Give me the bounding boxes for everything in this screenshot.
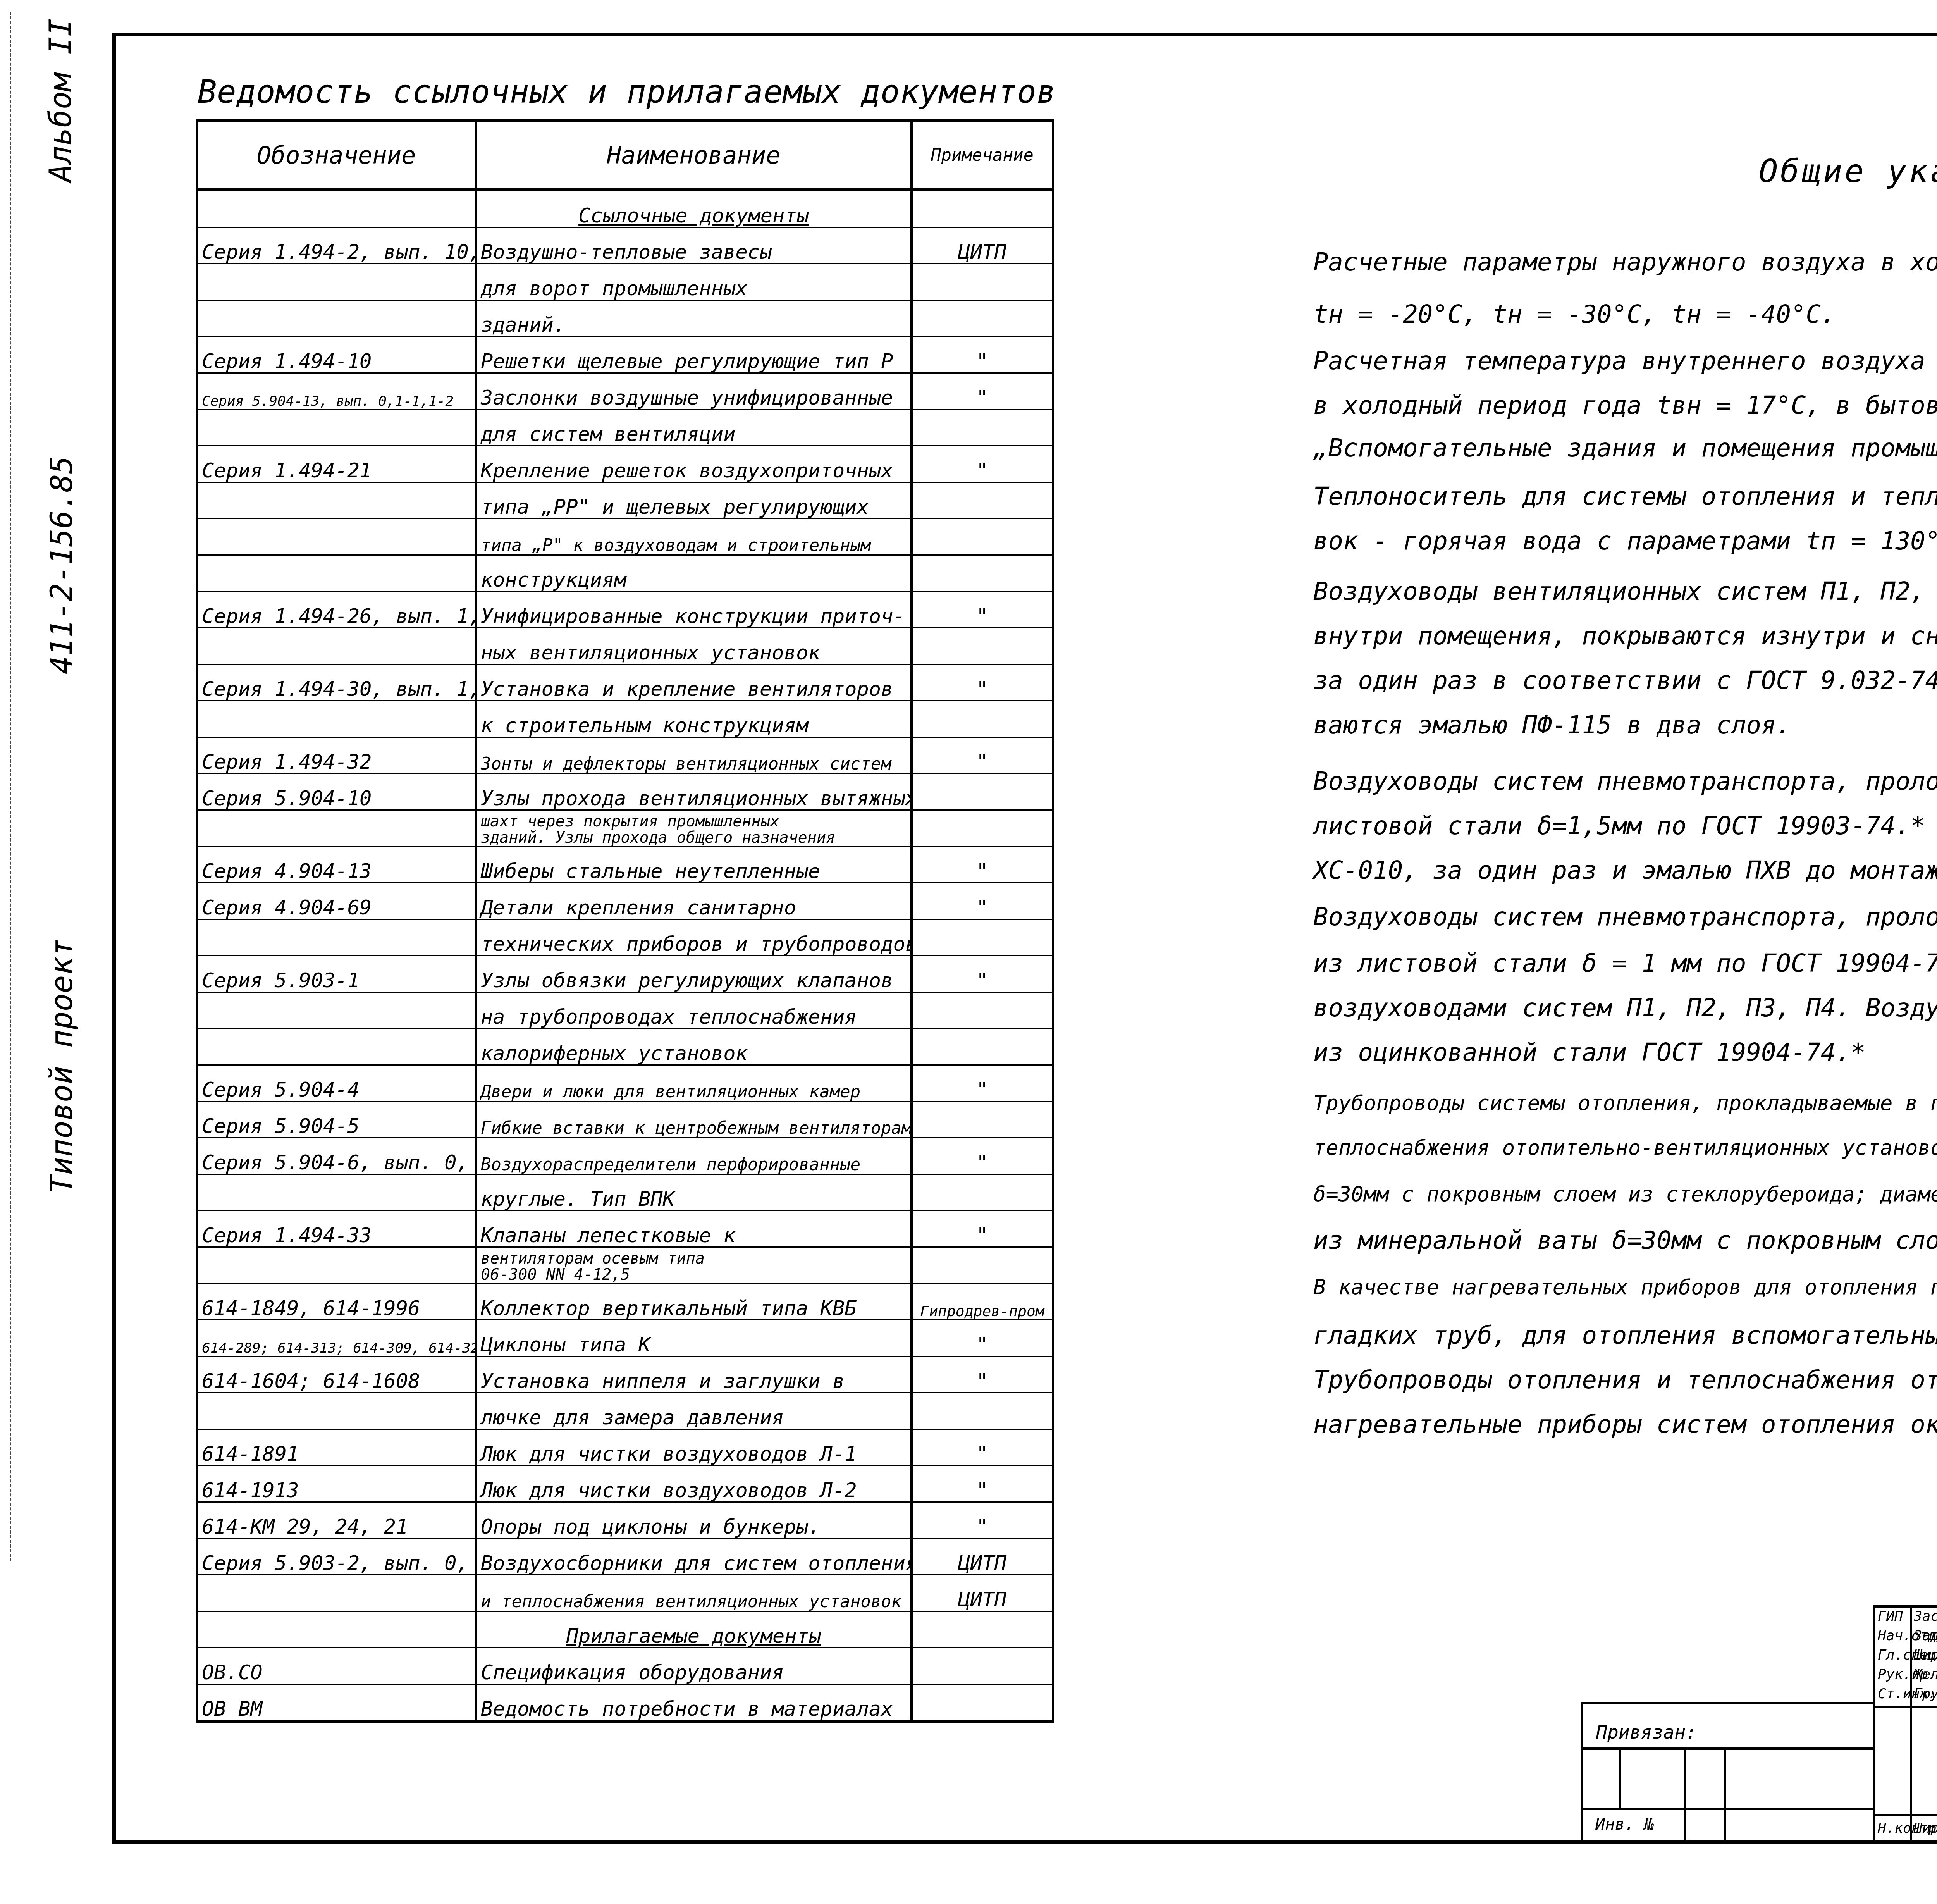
section-title: Прилагаемые документы	[476, 1611, 912, 1648]
notes-line: ваются эмалью ПФ-115 в два слоя.	[1313, 711, 1791, 740]
cell-name: Установка ниппеля и заглушки в	[476, 1357, 912, 1393]
cell-note	[912, 555, 1053, 592]
cell-note: ЦИТП	[912, 1575, 1053, 1611]
cell-name: типа „Р" к воздуховодам и строительным	[476, 519, 912, 555]
table-row: 614-289; 614-313; 614-309, 614-321Циклон…	[197, 1320, 1053, 1357]
cell-name: конструкциям	[476, 555, 912, 592]
cell-note	[912, 992, 1053, 1029]
notes-line: из минеральной ваты δ=30мм с покровным с…	[1313, 1226, 1937, 1255]
table-row: лючке для замера давления	[197, 1393, 1053, 1429]
cell-name: калориферных установок	[476, 1029, 912, 1065]
table-row: зданий.	[197, 300, 1053, 337]
cell-name: Клапаны лепестковые к	[476, 1211, 912, 1247]
cell-name: Спецификация оборудования	[476, 1648, 912, 1684]
table-row: Серия 5.903-2, вып. 0, 1Воздухосборники …	[197, 1539, 1053, 1575]
table-row: для ворот промышленных	[197, 264, 1053, 300]
cell-note: "	[912, 446, 1053, 482]
col-header-name: Наименование	[476, 121, 912, 190]
inv-label: Инв. №	[1595, 1814, 1654, 1833]
notes-line: из оцинкованной стали ГОСТ 19904-74.*	[1313, 1038, 1866, 1067]
table-row: Серия 1.494-2, вып. 10, 11Воздушно-тепло…	[197, 227, 1053, 264]
notes-line: δ=30мм с покровным слоем из стеклоруберо…	[1313, 1182, 1937, 1206]
margin-project-code: 411-2-156.85	[45, 456, 79, 674]
table-row: Серия 5.904-10Узлы прохода вентиляционны…	[197, 774, 1053, 810]
section-row: Ссылочные документы	[197, 190, 1053, 227]
cell-note: ЦИТП	[912, 227, 1053, 264]
cell-name: Двери и люки для вентиляционных камер	[476, 1065, 912, 1102]
table-row: Серия 1.494-10Решетки щелевые регулирующ…	[197, 337, 1053, 373]
cell-code	[197, 1393, 476, 1429]
notes-line: Воздуховоды систем пневмотранспорта, про…	[1313, 767, 1937, 796]
notes-line: внутри помещения, покрываются изнутри и …	[1313, 622, 1937, 651]
cell-name: Шиберы стальные неутепленные	[476, 847, 912, 883]
cell-note	[912, 410, 1053, 446]
notes-line: в холодный период года tвн = 17°С, в быт…	[1313, 391, 1937, 420]
notes-line: за один раз в соответствии с ГОСТ 9.032-…	[1313, 666, 1937, 695]
table-row: круглые. Тип ВПК	[197, 1174, 1053, 1211]
cell-note: ЦИТП	[912, 1539, 1053, 1575]
notes-line: В качестве нагревательных приборов для о…	[1313, 1275, 1937, 1299]
cell-name: Крепление решеток воздухоприточных	[476, 446, 912, 482]
cell-code	[197, 519, 476, 555]
cell-note	[912, 701, 1053, 737]
cell-code	[197, 1247, 476, 1284]
table-row: к строительным конструкциям	[197, 701, 1053, 737]
table-row: вентиляторам осевым типа06-300 NN 4-12,5	[197, 1247, 1053, 1284]
title-block: ГИПЗаславский09.83Нач.отд.Задовисвечка04…	[1873, 1605, 1937, 1844]
notes-line: ХС-010, за один раз и эмалью ПХВ до монт…	[1313, 856, 1937, 885]
table-row: Серия 4.904-13Шиберы стальные неутепленн…	[197, 847, 1053, 883]
table-row: типа „Р" к воздуховодам и строительным	[197, 519, 1053, 555]
table-row: Серия 1.494-21Крепление решеток воздухоп…	[197, 446, 1053, 482]
table-row: ОВ ВМВедомость потребности в материалах	[197, 1684, 1053, 1722]
notes-line: нагревательные приборы систем отопления …	[1313, 1410, 1937, 1439]
cell-code	[197, 1029, 476, 1065]
notes-line: Трубопроводы системы отопления, проклады…	[1313, 1091, 1937, 1115]
cell-name: Воздухосборники для систем отопления	[476, 1539, 912, 1575]
cell-note	[912, 300, 1053, 337]
notes-line: „Вспомогательные здания и помещения пром…	[1313, 434, 1937, 463]
table-row: Серия 1.494-30, вып. 1, 2Установка и кре…	[197, 665, 1053, 701]
cell-name: лючке для замера давления	[476, 1393, 912, 1429]
table-row: ОВ.СОСпецификация оборудования	[197, 1648, 1053, 1684]
cell-code: Серия 5.904-10	[197, 774, 476, 810]
cell-code	[197, 810, 476, 847]
cell-note	[912, 1174, 1053, 1211]
cell-name: Гибкие вставки к центробежным вентилятор…	[476, 1102, 912, 1138]
linked-label: Привязан:	[1596, 1722, 1697, 1743]
cell-name: Опоры под циклоны и бункеры.	[476, 1502, 912, 1539]
cell-name: Узлы прохода вентиляционных вытяжных	[476, 774, 912, 810]
notes-line: Воздуховоды систем пневмотранспорта, про…	[1313, 903, 1937, 931]
table-row: и теплоснабжения вентиляционных установо…	[197, 1575, 1053, 1611]
cell-note	[912, 1102, 1053, 1138]
cell-code: Серия 4.904-13	[197, 847, 476, 883]
cell-note: "	[912, 847, 1053, 883]
cell-code: Серия 5.903-2, вып. 0, 1	[197, 1539, 476, 1575]
cell-name: Детали крепления санитарно	[476, 883, 912, 919]
table-row: Серия 4.904-69Детали крепления санитарно…	[197, 883, 1053, 919]
table-row: технических приборов и трубопроводов	[197, 919, 1053, 956]
cell-code: Серия 5.904-4	[197, 1065, 476, 1102]
cell-code	[197, 264, 476, 300]
cell-note: "	[912, 1211, 1053, 1247]
cell-name: Циклоны типа К	[476, 1320, 912, 1357]
table-row: 614-1891Люк для чистки воздуховодов Л-1"	[197, 1429, 1053, 1466]
notes-line: Трубопроводы отопления и теплоснабжения …	[1313, 1366, 1937, 1394]
table-row: 614-1849, 614-1996Коллектор вертикальный…	[197, 1284, 1053, 1320]
cell-name: Ведомость потребности в материалах	[476, 1684, 912, 1722]
cell-name: ных вентиляционных установок	[476, 628, 912, 665]
cell-name: шахт через покрытия промышленныхзданий. …	[476, 810, 912, 847]
cell-note	[912, 919, 1053, 956]
notes-line: воздуховодами систем П1, П2, П3, П4. Воз…	[1313, 994, 1937, 1023]
table-row: Серия 1.494-26, вып. 1, 2.Унифицированны…	[197, 592, 1053, 628]
cell-note	[912, 1684, 1053, 1722]
cell-name: Унифицированные конструкции приточ-	[476, 592, 912, 628]
cell-code	[197, 628, 476, 665]
cell-note	[912, 519, 1053, 555]
cell-note: "	[912, 337, 1053, 373]
cell-name: Коллектор вертикальный типа КВБ	[476, 1284, 912, 1320]
staff-name: Железная	[1914, 1666, 1937, 1682]
cell-note: "	[912, 737, 1053, 774]
notes-line: Теплоноситель для системы отопления и те…	[1313, 482, 1937, 511]
table-row: на трубопроводах теплоснабжения	[197, 992, 1053, 1029]
table-row: Серия 5.903-1Узлы обвязки регулирующих к…	[197, 956, 1053, 992]
cell-note: "	[912, 1065, 1053, 1102]
cell-note: "	[912, 956, 1053, 992]
cell-code: 614-1891	[197, 1429, 476, 1466]
cell-name: Узлы обвязки регулирующих клапанов	[476, 956, 912, 992]
cell-name: зданий.	[476, 300, 912, 337]
section-title: Ссылочные документы	[476, 190, 912, 227]
general-notes-title: Общие указания	[1759, 153, 1937, 190]
cell-code	[197, 300, 476, 337]
cell-note: "	[912, 665, 1053, 701]
table-row: Серия 1.494-32Зонты и дефлекторы вентиля…	[197, 737, 1053, 774]
cell-name: технических приборов и трубопроводов	[476, 919, 912, 956]
cell-code: ОВ ВМ	[197, 1684, 476, 1722]
cell-code: 614-1913	[197, 1466, 476, 1502]
cell-code	[197, 992, 476, 1029]
cell-code: Серия 1.494-30, вып. 1, 2	[197, 665, 476, 701]
cell-code: Серия 5.904-6, вып. 0, 1	[197, 1138, 476, 1174]
cell-code	[197, 555, 476, 592]
cell-note	[912, 628, 1053, 665]
table-row: Серия 5.904-13, вып. 0,1-1,1-2Заслонки в…	[197, 373, 1053, 410]
cell-note: "	[912, 1429, 1053, 1466]
cut-line	[10, 12, 11, 1561]
notes-line: теплоснабжения отопительно-вентиляционны…	[1313, 1135, 1937, 1160]
table-row: 614-1604; 614-1608Установка ниппеля и за…	[197, 1357, 1053, 1393]
table-row: 614-КМ 29, 24, 21Опоры под циклоны и бун…	[197, 1502, 1053, 1539]
cell-note: Гипродрев-пром	[912, 1284, 1053, 1320]
cell-code: Серия 1.494-10	[197, 337, 476, 373]
cell-note	[912, 264, 1053, 300]
cell-name: Установка и крепление вентиляторов	[476, 665, 912, 701]
cell-code: Серия 5.903-1	[197, 956, 476, 992]
table-row: Серия 1.494-33Клапаны лепестковые к"	[197, 1211, 1053, 1247]
refs-table: Обозначение Наименование Примечание Ссыл…	[196, 119, 1054, 1723]
cell-code	[197, 701, 476, 737]
cell-note: "	[912, 1357, 1053, 1393]
cell-name: круглые. Тип ВПК	[476, 1174, 912, 1211]
col-header-code: Обозначение	[197, 121, 476, 190]
cell-name: Решетки щелевые регулирующие тип Р	[476, 337, 912, 373]
cell-name: Зонты и дефлекторы вентиляционных систем	[476, 737, 912, 774]
cell-code	[197, 482, 476, 519]
table-row: Серия 5.904-6, вып. 0, 1Воздухораспредел…	[197, 1138, 1053, 1174]
cell-note: "	[912, 592, 1053, 628]
cell-name: Воздушно-тепловые завесы	[476, 227, 912, 264]
notes-line: вок - горячая вода с параметрами tп = 13…	[1313, 527, 1937, 556]
cell-code: Серия 1.494-2, вып. 10, 11	[197, 227, 476, 264]
notes-line: Расчетные параметры наружного воздуха в …	[1313, 248, 1937, 277]
staff-name: Ширман	[1914, 1820, 1937, 1836]
cell-code	[197, 1575, 476, 1611]
cell-code: 614-КМ 29, 24, 21	[197, 1502, 476, 1539]
cell-note	[912, 1393, 1053, 1429]
cell-note	[912, 1029, 1053, 1065]
staff-name: Задовисвечка	[1914, 1628, 1937, 1644]
table-row: для систем вентиляции	[197, 410, 1053, 446]
cell-name: Заслонки воздушные унифицированные	[476, 373, 912, 410]
cell-note: "	[912, 373, 1053, 410]
cell-code: 614-1849, 614-1996	[197, 1284, 476, 1320]
notes-line: гладких труб, для отопления вспомогатель…	[1313, 1321, 1937, 1350]
cell-code: 614-289; 614-313; 614-309, 614-321	[197, 1320, 476, 1357]
refs-title: Ведомость ссылочных и прилагаемых докуме…	[198, 74, 1056, 110]
cell-name: типа „РР" и щелевых регулирующих	[476, 482, 912, 519]
cell-note: "	[912, 1502, 1053, 1539]
col-header-note: Примечание	[912, 121, 1053, 190]
table-row: типа „РР" и щелевых регулирующих	[197, 482, 1053, 519]
notes-line: tн = -20°С, tн = -30°С, tн = -40°С.	[1313, 300, 1836, 329]
cell-note	[912, 774, 1053, 810]
notes-line: из листовой стали δ = 1 мм по ГОСТ 19904…	[1313, 949, 1937, 978]
staff-name: Грутман	[1914, 1686, 1937, 1702]
cell-note: "	[912, 883, 1053, 919]
table-row: 614-1913Люк для чистки воздуховодов Л-2"	[197, 1466, 1053, 1502]
staff-name: Ширман	[1914, 1647, 1937, 1663]
section-row: Прилагаемые документы	[197, 1611, 1053, 1648]
cell-name: к строительным конструкциям	[476, 701, 912, 737]
notes-line: Расчетная температура внутреннего воздух…	[1313, 347, 1937, 375]
cell-note	[912, 1648, 1053, 1684]
cell-code: Серия 5.904-5	[197, 1102, 476, 1138]
cell-name: на трубопроводах теплоснабжения	[476, 992, 912, 1029]
cell-name: Люк для чистки воздуховодов Л-2	[476, 1466, 912, 1502]
cell-code: Серия 1.494-26, вып. 1, 2.	[197, 592, 476, 628]
cell-code	[197, 919, 476, 956]
cell-note	[912, 482, 1053, 519]
staff-name: Заславский	[1914, 1608, 1937, 1624]
cell-code	[197, 1174, 476, 1211]
staff-role: ГИП	[1878, 1608, 1903, 1624]
table-row: калориферных установок	[197, 1029, 1053, 1065]
notes-line: Воздуховоды вентиляционных систем П1, П2…	[1313, 577, 1937, 606]
cell-code: Серия 5.904-13, вып. 0,1-1,1-2	[197, 373, 476, 410]
cell-note	[912, 810, 1053, 847]
cell-code: ОВ.СО	[197, 1648, 476, 1684]
cell-name: и теплоснабжения вентиляционных установо…	[476, 1575, 912, 1611]
linked-block: Привязан: Инв. №	[1581, 1702, 1873, 1844]
cell-note	[912, 1247, 1053, 1284]
cell-note: "	[912, 1466, 1053, 1502]
cell-name: для систем вентиляции	[476, 410, 912, 446]
cell-code: Серия 1.494-32	[197, 737, 476, 774]
cell-name: вентиляторам осевым типа06-300 NN 4-12,5	[476, 1247, 912, 1284]
cell-name: Воздухораспределители перфорированные	[476, 1138, 912, 1174]
notes-line: листовой стали δ=1,5мм по ГОСТ 19903-74.…	[1313, 812, 1937, 840]
cell-name: Люк для чистки воздуховодов Л-1	[476, 1429, 912, 1466]
cell-note: "	[912, 1138, 1053, 1174]
table-row: конструкциям	[197, 555, 1053, 592]
cell-name: для ворот промышленных	[476, 264, 912, 300]
refs-header-row: Обозначение Наименование Примечание	[197, 121, 1053, 190]
margin-album: Альбом II	[43, 18, 78, 182]
cell-code: 614-1604; 614-1608	[197, 1357, 476, 1393]
cell-code: Серия 4.904-69	[197, 883, 476, 919]
table-row: шахт через покрытия промышленныхзданий. …	[197, 810, 1053, 847]
cell-code	[197, 410, 476, 446]
cell-code: Серия 1.494-21	[197, 446, 476, 482]
table-row: ных вентиляционных установок	[197, 628, 1053, 665]
table-row: Серия 5.904-5Гибкие вставки к центробежн…	[197, 1102, 1053, 1138]
table-row: Серия 5.904-4Двери и люки для вентиляцио…	[197, 1065, 1053, 1102]
margin-project-type: Типовой проект	[45, 939, 79, 1193]
cell-note: "	[912, 1320, 1053, 1357]
cell-code: Серия 1.494-33	[197, 1211, 476, 1247]
